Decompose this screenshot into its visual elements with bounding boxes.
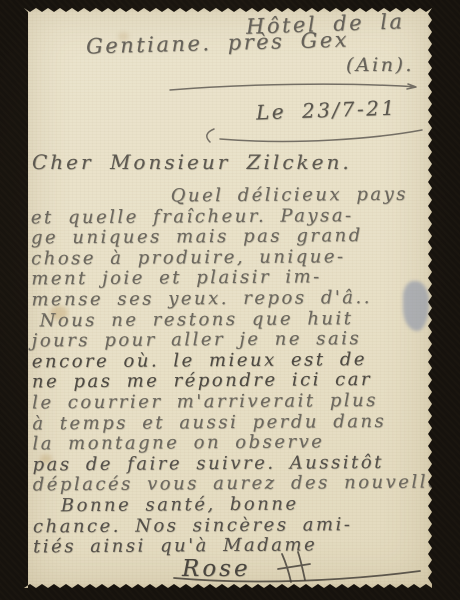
letter-line: ge uniques mais pas grand bbox=[31, 226, 429, 249]
date-underline-stroke bbox=[207, 129, 422, 142]
letter-line: jours pour aller je ne sais bbox=[32, 329, 430, 352]
header-underline-stroke bbox=[170, 84, 416, 90]
signature-underline-dot bbox=[388, 586, 390, 587]
salutation: Cher Monsieur Zilcken. bbox=[32, 150, 352, 174]
hotel-region: (Ain). bbox=[346, 54, 414, 76]
letter-line: chance. Nos sincères ami- bbox=[33, 514, 431, 537]
letter-line: et quelle fraîcheur. Paysa- bbox=[31, 205, 429, 228]
letter-line: chose à produire, unique- bbox=[31, 246, 429, 269]
letter-line: à temps et aussi perdu dans bbox=[32, 411, 430, 434]
letter-body: Quel délicieux payset quelle fraîcheur. … bbox=[31, 185, 432, 579]
letter-line: Quel délicieux pays bbox=[31, 185, 429, 208]
letter-photograph: Hôtel de la Gentiane. près Gex (Ain). Le… bbox=[0, 0, 460, 600]
letter-line: déplacés vous aurez des nouvelles bbox=[33, 473, 431, 496]
letter-card: Hôtel de la Gentiane. près Gex (Ain). Le… bbox=[24, 8, 432, 588]
letter-line: Nous ne restons que huit bbox=[32, 308, 430, 331]
letter-line: Bonne santé, bonne bbox=[33, 494, 431, 517]
letter-date: Le 23/7-21 bbox=[256, 96, 397, 125]
letter-line: mense ses yeux. repos d'â.. bbox=[31, 288, 429, 311]
letter-line: tiés ainsi qu'à Madame bbox=[33, 535, 431, 558]
signature: Rose bbox=[182, 556, 251, 582]
